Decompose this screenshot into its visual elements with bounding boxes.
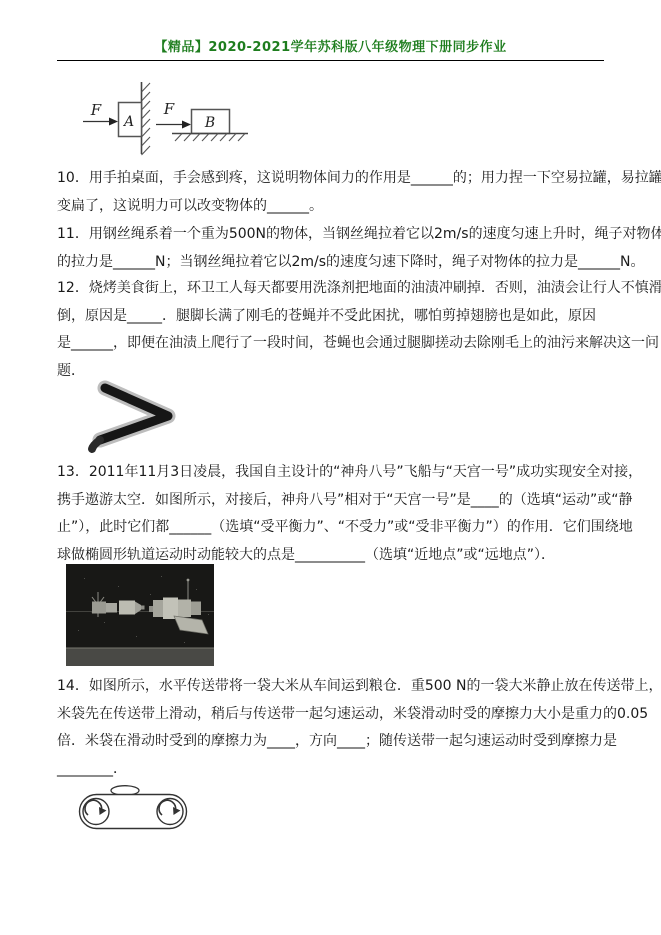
force-label-a: F bbox=[90, 101, 102, 119]
question-11-line-1: 11．用钢丝绳系着一个重为500N的物体，当钢丝绳拉着它以2m/s的速度匀速上升… bbox=[57, 221, 617, 249]
question-13: 13．2011年11月3日凌晨，我国自主设计的“神舟八号”飞船与“天宫一号”成功… bbox=[57, 459, 617, 569]
question-11-line-2: 的拉力是______N；当钢丝绳拉着它以2m/s的速度匀速下降时，绳子对物体的拉… bbox=[57, 249, 617, 277]
figure-docking-photo bbox=[66, 564, 214, 666]
question-14-line-4: ________． bbox=[57, 756, 617, 784]
question-14: 14．如图所示，水平传送带将一袋大米从车间运到粮仓．重500 N的一袋大米静止放… bbox=[57, 673, 617, 783]
question-12-line-3: 是______，即便在油渍上爬行了一段时间，苍蝇也会通过腿脚搓动去除刚毛上的油污… bbox=[57, 330, 617, 358]
figure-conveyor bbox=[70, 780, 210, 855]
question-11: 11．用钢丝绳系着一个重为500N的物体，当钢丝绳拉着它以2m/s的速度匀速上升… bbox=[57, 221, 617, 276]
force-arrowhead-a bbox=[109, 118, 118, 126]
foreground-band bbox=[66, 648, 214, 666]
document-header: 【精品】2020-2021学年苏科版八年级物理下册同步作业 bbox=[0, 36, 661, 55]
question-10: 10．用手拍桌面，手会感到疼，这说明物体间力的作用是______的；用力捏一下空… bbox=[57, 165, 617, 220]
question-14-line-1: 14．如图所示，水平传送带将一袋大米从车间运到粮仓．重500 N的一袋大米静止放… bbox=[57, 673, 617, 701]
ground-hatching bbox=[175, 134, 245, 142]
question-12-line-2: 倒，原因是_____．腿脚长满了刚毛的苍蝇并不受此困扰，哪怕剪掉翅膀也是如此，原… bbox=[57, 303, 617, 331]
spacecraft-docking-photo bbox=[66, 564, 214, 666]
question-13-line-2: 携手遨游太空．如图所示，对接后，神舟八号”相对于“天宫一号”是____的（选填“… bbox=[57, 487, 617, 515]
fly-leg-foot bbox=[92, 440, 100, 449]
document-title: 【精品】2020-2021学年苏科版八年级物理下册同步作业 bbox=[154, 40, 506, 55]
question-14-line-2: 米袋先在传送带上滑动，稍后与传送带一起匀速运动，米袋滑动时受的摩擦力大小是重力的… bbox=[57, 701, 617, 729]
question-14-line-3: 倍．米袋在滑动时受到的摩擦力为____，方向____；随传送带一起匀速运动时受到… bbox=[57, 728, 617, 756]
figure-force-blocks: A F F B bbox=[58, 80, 290, 156]
header-divider bbox=[57, 60, 604, 61]
question-10-line-2: 变扁了，这说明力可以改变物体的______。 bbox=[57, 193, 617, 221]
block-a-label: A bbox=[122, 114, 134, 130]
question-12-line-1: 12．烧烤美食街上，环卫工人每天都要用洗涤剂把地面的油渍冲刷掉．否则，油渍会让行… bbox=[57, 275, 617, 303]
force-blocks-diagram: A F F B bbox=[58, 80, 290, 156]
wall-hatching bbox=[142, 83, 151, 155]
conveyor-belt-diagram bbox=[70, 780, 210, 855]
question-13-line-3: 止”），此时它们都______（选填“受平衡力”、“不受力”或“受非平衡力”）的… bbox=[57, 514, 617, 542]
force-label-b: F bbox=[163, 100, 175, 118]
worksheet-page: 【精品】2020-2021学年苏科版八年级物理下册同步作业 A F bbox=[0, 0, 661, 935]
block-b-label: B bbox=[204, 115, 215, 131]
fly-leg-photo bbox=[75, 378, 195, 458]
question-10-line-1: 10．用手拍桌面，手会感到疼，这说明物体间力的作用是______的；用力捏一下空… bbox=[57, 165, 617, 193]
force-arrowhead-b bbox=[182, 121, 191, 129]
question-12: 12．烧烤美食街上，环卫工人每天都要用洗涤剂把地面的油渍冲刷掉．否则，油渍会让行… bbox=[57, 275, 617, 385]
question-13-line-1: 13．2011年11月3日凌晨，我国自主设计的“神舟八号”飞船与“天宫一号”成功… bbox=[57, 459, 617, 487]
figure-fly-leg bbox=[75, 378, 195, 458]
